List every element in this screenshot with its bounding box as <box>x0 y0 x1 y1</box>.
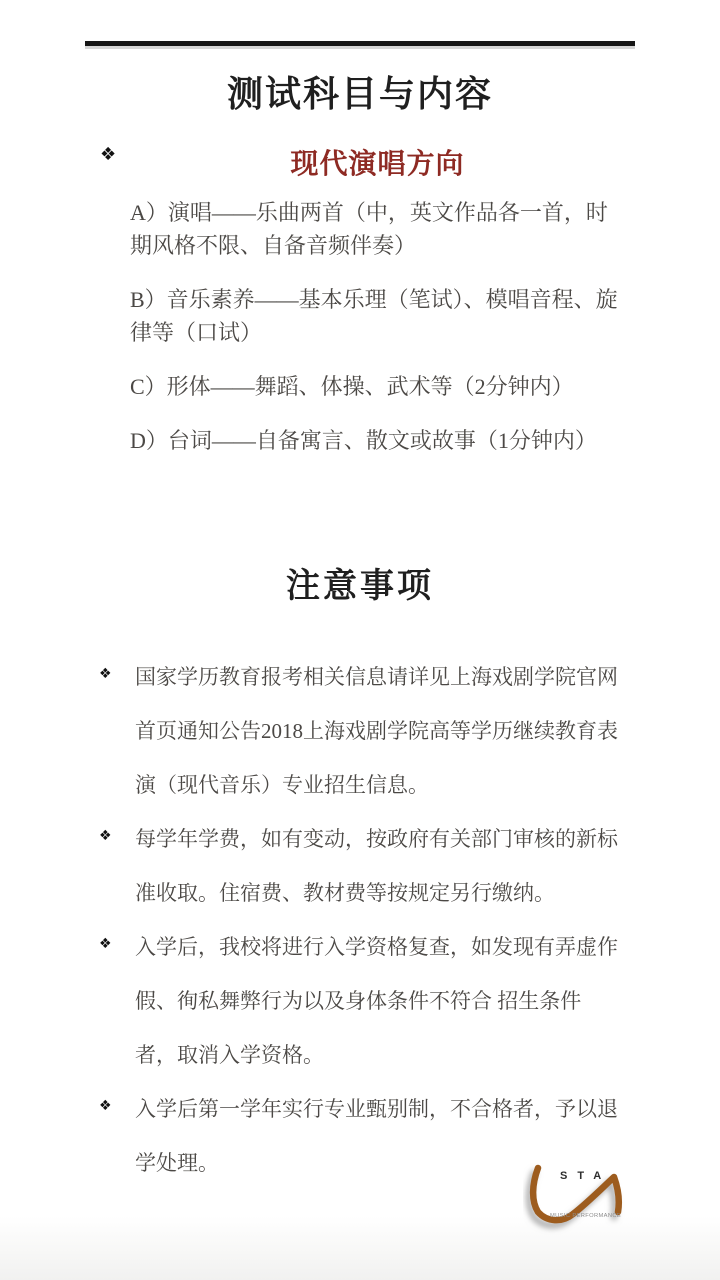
test-item-c: C）形体——舞蹈、体操、武术等（2分钟内） <box>130 370 622 403</box>
section-notes-title: 注意事项 <box>0 558 720 607</box>
logo-letters-sta: STA <box>560 1170 611 1182</box>
note-item: ❖ 入学后，我校将进行入学资格复查，如发现有弄虚作假、徇私舞弊行为以及身体条件不… <box>135 920 623 1082</box>
test-item-a: A）演唱——乐曲两首（中，英文作品各一首，时期风格不限、自备音频伴奏） <box>130 196 622 262</box>
test-item-d: D）台词——自备寓言、散文或故事（1分钟内） <box>130 424 622 457</box>
test-items-list: A）演唱——乐曲两首（中，英文作品各一首，时期风格不限、自备音频伴奏） B）音乐… <box>130 196 622 478</box>
top-rule <box>85 41 635 46</box>
diamond-bullet-icon: ❖ <box>99 829 112 843</box>
test-item-b: B）音乐素养——基本乐理（笔试）、模唱音程、旋律等（口试） <box>130 283 622 349</box>
note-text: 入学后，我校将进行入学资格复查，如发现有弄虚作假、徇私舞弊行为以及身体条件不符合… <box>135 920 623 1082</box>
note-item: ❖ 国家学历教育报考相关信息请详见上海戏剧学院官网首页通知公告2018上海戏剧学… <box>135 650 623 812</box>
section-test-title: 测试科目与内容 <box>0 66 720 117</box>
diamond-bullet-icon: ❖ <box>100 146 116 164</box>
diamond-bullet-icon: ❖ <box>99 1099 112 1113</box>
direction-heading: 现代演唱方向 <box>135 142 620 182</box>
logo: STA MUSIC PERFORMANCE <box>523 1156 635 1236</box>
direction-row: ❖ 现代演唱方向 <box>0 142 720 182</box>
diamond-bullet-icon: ❖ <box>99 937 112 951</box>
diamond-bullet-icon: ❖ <box>99 667 112 681</box>
notes-list: ❖ 国家学历教育报考相关信息请详见上海戏剧学院官网首页通知公告2018上海戏剧学… <box>135 650 623 1190</box>
note-item: ❖ 每学年学费，如有变动，按政府有关部门审核的新标准收取。住宿费、教材费等按规定… <box>135 812 623 920</box>
note-text: 每学年学费，如有变动，按政府有关部门审核的新标准收取。住宿费、教材费等按规定另行… <box>135 812 623 920</box>
logo-subtext: MUSIC PERFORMANCE <box>550 1212 621 1218</box>
logo-m-brushstroke-icon <box>523 1156 635 1236</box>
document-page: 测试科目与内容 ❖ 现代演唱方向 A）演唱——乐曲两首（中，英文作品各一首，时期… <box>0 0 720 1280</box>
note-text: 国家学历教育报考相关信息请详见上海戏剧学院官网首页通知公告2018上海戏剧学院高… <box>135 650 623 812</box>
